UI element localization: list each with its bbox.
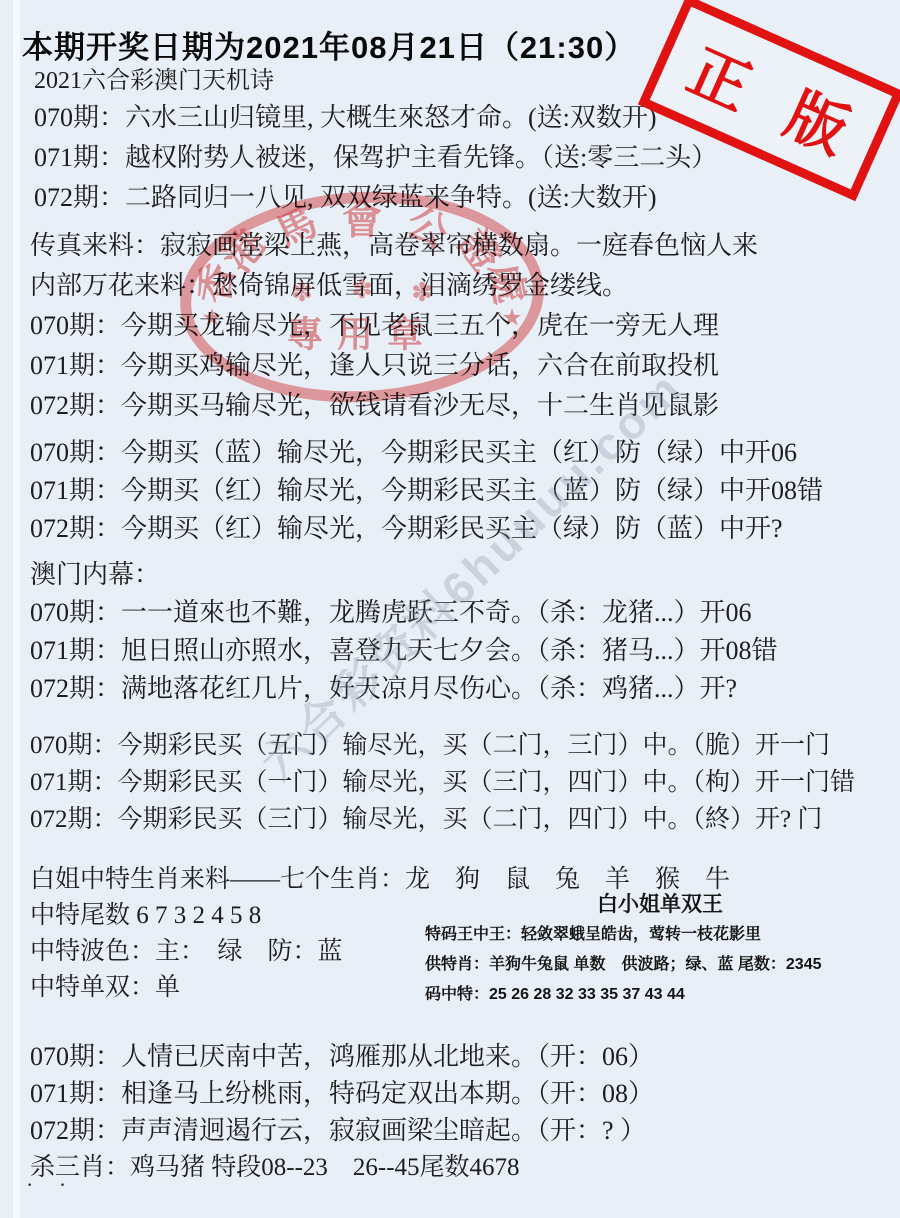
section-macau-inside: 澳门内幕： 070期：一一道來也不難，龙腾虎跃三不奇。（杀：龙猪...）开06 …	[30, 556, 778, 708]
lottery-tip-sheet: 六合彩资料6huuuu.com 香 港 馬 會 公 證 處 ✽ ✽ ✽ ★ ★ …	[0, 0, 900, 1218]
section-baixiaojie-block: 白小姐单双王 特码王中王：轻敛翠蛾呈皓齿，莺转一枝花影里 供特肖：羊狗牛兔鼠 单…	[425, 890, 895, 1010]
section-fax-material: 传真来料：寂寂画堂梁上燕，高卷翠帘横数扇。一庭春色恼人来 内部万花来料：愁倚锦屏…	[30, 226, 758, 426]
text-line: 071期：今期买鸡输尽光，逢人只说三分话，六合在前取投机	[30, 346, 758, 386]
text-line: 071期：旭日照山亦照水，喜登九天七夕会。（杀：猪马...）开08错	[30, 632, 778, 670]
text-line: 071期：今期买（红）输尽光，今期彩民买主（蓝）防（绿）中开08错	[30, 472, 823, 510]
text-line: 072期：今期彩民买（三门）输尽光，买（二门，四门）中。（終）开? 门	[30, 801, 855, 838]
section-header: 2021六合彩澳门天机诗	[34, 64, 717, 98]
text-line: 071期：相逢马上纷桃雨，特码定双出本期。（开：08）	[30, 1075, 654, 1112]
text-line: 特码王中王：轻敛翠蛾呈皓齿，莺转一枝花影里	[425, 920, 895, 950]
section-header: 澳门内幕：	[30, 556, 778, 594]
text-line: 072期：今期买（红）输尽光，今期彩民买主（绿）防（蓝）中开?	[30, 510, 823, 548]
page-title: 本期开奖日期为2021年08月21日（21:30）	[22, 22, 636, 67]
text-line: 072期：二路同归一八见, 双双绿蓝来争特。(送:大数开)	[34, 178, 717, 218]
text-line: 070期：今期买（蓝）输尽光，今期彩民买主（红）防（绿）中开06	[30, 434, 823, 472]
text-line: 内部万花来料：愁倚锦屏低雪面，泪滴绣罗金缕线。	[30, 266, 758, 306]
text-line: 070期：人情已厌南中苦，鸿雁那从北地来。（开：06）	[30, 1038, 654, 1075]
text-line: 072期：满地落花红几片，好天凉月尽伤心。（杀：鸡猪...）开?	[30, 670, 778, 708]
text-line: 070期：六水三山归镜里, 大概生來怒才命。(送:双数开)	[34, 98, 717, 138]
text-line: 传真来料：寂寂画堂梁上燕，高卷翠帘横数扇。一庭春色恼人来	[30, 226, 758, 266]
section-final-poems: 070期：人情已厌南中苦，鸿雁那从北地来。（开：06） 071期：相逢马上纷桃雨…	[30, 1038, 654, 1186]
section-gate-tips: 070期：今期彩民买（五门）输尽光，买（二门，三门）中。（脆）开一门 071期：…	[30, 727, 855, 838]
block-title: 白小姐单双王	[425, 890, 895, 920]
section-color-tips: 070期：今期买（蓝）输尽光，今期彩民买主（红）防（绿）中开06 071期：今期…	[30, 434, 823, 548]
section-tianji-poems: 2021六合彩澳门天机诗 070期：六水三山归镜里, 大概生來怒才命。(送:双数…	[34, 64, 717, 218]
kill-three-zodiac-line: 杀三肖：鸡马猪 特段08--23 26--45尾数4678	[30, 1149, 654, 1186]
text-line: 码中特：25 26 28 32 33 35 37 43 44	[425, 980, 895, 1010]
text-line: 供特肖：羊狗牛兔鼠 单数 供波路；绿、蓝 尾数：2345	[425, 950, 895, 980]
text-line: 070期：今期买龙输尽光，不见老鼠三五个，虎在一旁无人理	[30, 306, 758, 346]
text-line: 070期：一一道來也不難，龙腾虎跃三不奇。（杀：龙猪...）开06	[30, 594, 778, 632]
footer-dots: · ·	[26, 1172, 76, 1198]
text-layer: 本期开奖日期为2021年08月21日（21:30） 2021六合彩澳门天机诗 0…	[0, 0, 900, 1218]
text-line: 072期：今期买马输尽光，欲钱请看沙无尽，十二生肖见鼠影	[30, 386, 758, 426]
text-line: 072期：声声清迥遏行云，寂寂画梁尘暗起。（开：? ）	[30, 1112, 654, 1149]
text-line: 071期：越权附势人被迷，保驾护主看先锋。（送:零三二头）	[34, 138, 717, 178]
text-line: 070期：今期彩民买（五门）输尽光，买（二门，三门）中。（脆）开一门	[30, 727, 855, 764]
text-line: 071期：今期彩民买（一门）输尽光，买（三门，四门）中。（枸）开一门错	[30, 764, 855, 801]
